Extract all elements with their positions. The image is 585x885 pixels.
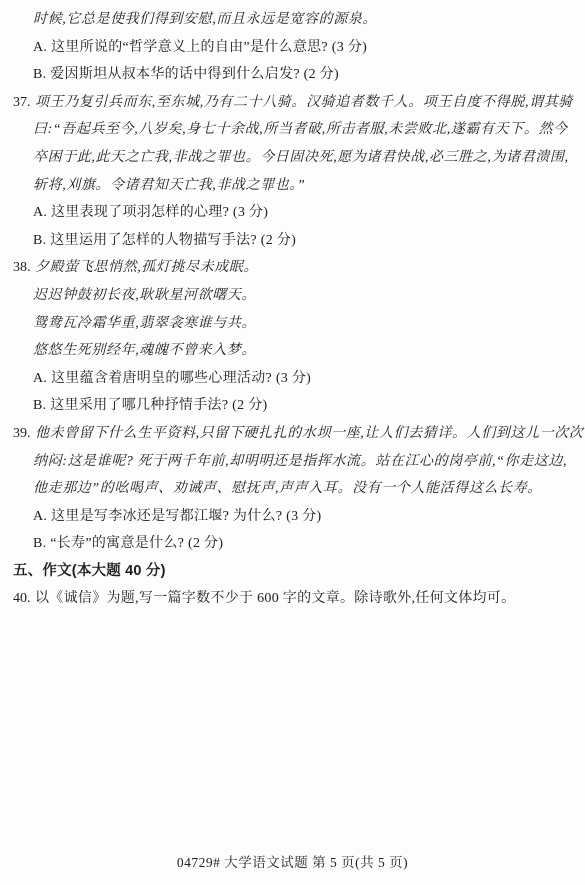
question-39: 39. 他未曾留下什么生平资料,只留下硬扎扎的水坝一座,让人们去猜详。人们到这儿… <box>13 420 575 558</box>
sub-question-b: B. 这里采用了哪几种抒情手法? (2 分) <box>33 392 575 420</box>
sub-question-a: A. 这里蕴含着唐明皇的哪些心理活动? (3 分) <box>33 365 575 393</box>
poem-line: 鸳鸯瓦冷霜华重,翡翠衾寒谁与共。 <box>33 310 575 338</box>
question-number: 38. <box>13 254 35 282</box>
passage-line: 斩将,刈旗。令诸君知天亡我,非战之罪也。” <box>33 172 575 200</box>
section-heading: 五、作文(本大题 40 分) <box>13 558 575 586</box>
passage-line: 时候,它总是使我们得到安慰,而且永远是宽容的源泉。 <box>33 6 575 34</box>
page-footer: 04729# 大学语文试题 第 5 页(共 5 页) <box>0 851 585 871</box>
essay-prompt: 40. 以《诚信》为题,写一篇字数不少于 600 字的文章。除诗歌外,任何文体均… <box>13 585 575 613</box>
poem-line: 悠悠生死别经年,魂魄不曾来入梦。 <box>33 337 575 365</box>
sub-question-a: A. 这里是写李冰还是写都江堰? 为什么? (3 分) <box>33 503 575 531</box>
sub-question-a: A. 这里所说的“哲学意义上的自由”是什么意思? (3 分) <box>33 34 575 62</box>
passage-line: 他未曾留下什么生平资料,只留下硬扎扎的水坝一座,让人们去猜详。人们到这儿一次次 <box>35 420 583 448</box>
passage-line: 项王乃复引兵而东,至东城,乃有二十八骑。汉骑追者数千人。项王自度不得脱,谓其骑 <box>35 89 573 117</box>
question-37: 37. 项王乃复引兵而东,至东城,乃有二十八骑。汉骑追者数千人。项王自度不得脱,… <box>13 89 575 255</box>
passage-line: 卒困于此,此天之亡我,非战之罪也。今日固决死,愿为诸君快战,必三胜之,为诸君溃围… <box>33 144 575 172</box>
sub-question-b: B. “长寿”的寓意是什么? (2 分) <box>33 530 575 558</box>
question-first-line: 38. 夕殿萤飞思悄然,孤灯挑尽未成眠。 <box>13 254 575 282</box>
poem-line: 迟迟钟鼓初长夜,耿耿星河欲曙天。 <box>33 282 575 310</box>
question-number: 37. <box>13 89 35 117</box>
essay-section: 五、作文(本大题 40 分) 40. 以《诚信》为题,写一篇字数不少于 600 … <box>13 558 575 613</box>
poem-line: 夕殿萤飞思悄然,孤灯挑尽未成眠。 <box>35 254 258 282</box>
essay-prompt-text: 以《诚信》为题,写一篇字数不少于 600 字的文章。除诗歌外,任何文体均可。 <box>35 585 515 613</box>
passage-line: 纳闷:这是谁呢? 死于两千年前,却明明还是指挥水流。站在江心的岗亭前,“你走这边… <box>33 448 575 476</box>
question-first-line: 37. 项王乃复引兵而东,至东城,乃有二十八骑。汉骑追者数千人。项王自度不得脱,… <box>13 89 575 117</box>
passage-line: 他走那边”的吆喝声、劝诫声、慰抚声,声声入耳。没有一个人能活得这么长寿。 <box>33 475 575 503</box>
sub-question-b: B. 爱因斯坦从叔本华的话中得到什么启发? (2 分) <box>33 61 575 89</box>
sub-question-a: A. 这里表现了项羽怎样的心理? (3 分) <box>33 199 575 227</box>
exam-content: 时候,它总是使我们得到安慰,而且永远是宽容的源泉。 A. 这里所说的“哲学意义上… <box>13 6 575 613</box>
question-number: 39. <box>13 420 35 448</box>
passage-line: 曰:“吾起兵至今,八岁矣,身七十余战,所当者破,所击者服,未尝败北,遂霸有天下。… <box>33 116 575 144</box>
question-38: 38. 夕殿萤飞思悄然,孤灯挑尽未成眠。 迟迟钟鼓初长夜,耿耿星河欲曙天。 鸳鸯… <box>13 254 575 420</box>
exam-page: 时候,它总是使我们得到安慰,而且永远是宽容的源泉。 A. 这里所说的“哲学意义上… <box>0 0 585 885</box>
question-first-line: 39. 他未曾留下什么生平资料,只留下硬扎扎的水坝一座,让人们去猜详。人们到这儿… <box>13 420 575 448</box>
question-number: 40. <box>13 585 35 613</box>
sub-question-b: B. 这里运用了怎样的人物描写手法? (2 分) <box>33 227 575 255</box>
